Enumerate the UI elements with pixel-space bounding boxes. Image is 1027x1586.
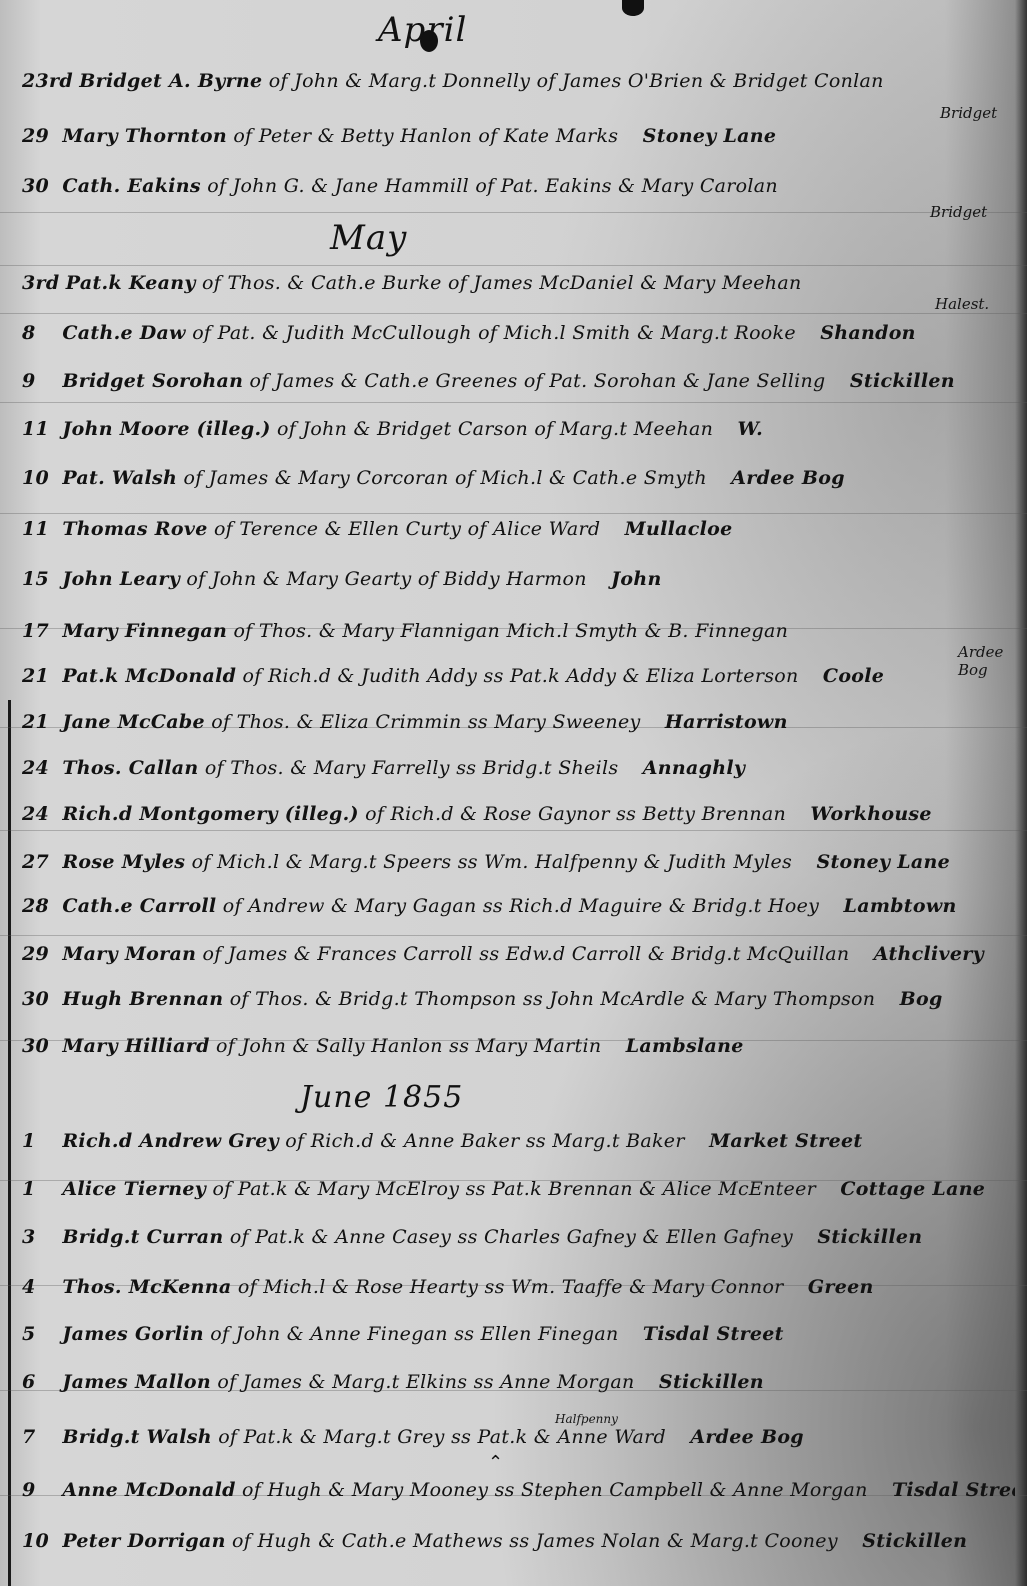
entry-sponsors: ss Ellen Finegan <box>454 1323 618 1345</box>
entry-place: Annaghly <box>643 757 745 779</box>
entry-sponsors: of Pat. Eakins & Mary Carolan <box>475 175 778 197</box>
entry-sponsors: ss Wm. Taaffe & Mary Connor <box>485 1276 784 1298</box>
entry-sponsors: ss Pat.k Brennan & Alice McEnteer <box>466 1178 816 1200</box>
entry-sponsors: of James McDaniel & Mary Meehan <box>448 272 801 294</box>
caret-insertion-mark: ⌃ <box>488 1452 503 1473</box>
entry-parents: of John & Bridget Carson <box>277 418 528 440</box>
entry-sponsors: of James O'Brien & Bridget Conlan <box>537 70 884 92</box>
entry-day: 11 <box>22 518 56 540</box>
entry-parents: of Thos. & Cath.e Burke <box>202 272 442 294</box>
entry-child: John Leary <box>62 568 180 590</box>
register-entry: 28 Cath.e Carroll of Andrew & Mary Gagan… <box>22 895 1015 917</box>
entry-place: Bog <box>900 988 943 1010</box>
entry-sponsors: ss Rich.d Maguire & Bridg.t Hoey <box>483 895 819 917</box>
entry-place: Stickillen <box>850 370 955 392</box>
register-entry: 5 James Gorlin of John & Anne Finegan ss… <box>22 1323 1015 1345</box>
entry-child: Rich.d Andrew Grey <box>62 1130 279 1152</box>
entry-day: 21 <box>22 711 56 733</box>
entry-place: Stoney Lane <box>643 125 777 147</box>
entry-parents: of John & Mary Gearty <box>186 568 411 590</box>
entry-parents: of Peter & Betty Hanlon <box>233 125 472 147</box>
entry-day: 9 <box>22 370 56 392</box>
entry-child: Thos. McKenna <box>62 1276 231 1298</box>
entry-day: 1 <box>22 1130 56 1152</box>
entry-day: 10 <box>22 1530 56 1552</box>
register-entry: 29 Mary Thornton of Peter & Betty Hanlon… <box>22 125 1015 147</box>
entry-place: Green <box>808 1276 874 1298</box>
entry-sponsors: ss Edw.d Carroll & Bridg.t McQuillan <box>479 943 849 965</box>
entry-sponsors: ss Betty Brennan <box>616 803 786 825</box>
register-entry: 23rd Bridget A. Byrne of John & Marg.t D… <box>22 70 1015 92</box>
entry-child: Bridget A. Byrne <box>79 70 262 92</box>
month-heading-may: May <box>330 218 407 258</box>
register-entry: 3 Bridg.t Curran of Pat.k & Anne Casey s… <box>22 1226 1015 1248</box>
entry-sponsors: ss Charles Gafney & Ellen Gafney <box>458 1226 793 1248</box>
entry-parents: of John G. & Jane Hammill <box>207 175 469 197</box>
register-entry: 30 Cath. Eakins of John G. & Jane Hammil… <box>22 175 1015 197</box>
register-entry: 11 John Moore (illeg.) of John & Bridget… <box>22 418 1015 440</box>
entry-parents: of Pat.k & Mary McElroy <box>212 1178 459 1200</box>
entry-parents: of Thos. & Mary Farrelly <box>205 757 450 779</box>
entry-parents: of John & Anne Finegan <box>210 1323 448 1345</box>
entry-sponsors: of Biddy Harmon <box>418 568 587 590</box>
entry-parents: of Thos. & Bridg.t Thompson <box>230 988 517 1010</box>
entry-place: John <box>611 568 662 590</box>
entry-sponsors: of Alice Ward <box>468 518 601 540</box>
entry-parents: of John & Marg.t Donnelly <box>269 70 531 92</box>
entry-place: Cottage Lane <box>840 1178 985 1200</box>
entry-day: 10 <box>22 467 56 489</box>
entry-day: 29 <box>22 943 56 965</box>
entry-sponsors: ss Anne Morgan <box>474 1371 635 1393</box>
entry-place: W. <box>737 418 763 440</box>
register-page: April 23rd Bridget A. Byrne of John & Ma… <box>0 0 1027 1586</box>
entry-child: Cath.e Carroll <box>62 895 216 917</box>
register-entry: 21 Jane McCabe of Thos. & Eliza Crimmin … <box>22 711 1015 733</box>
register-entry: 4 Thos. McKenna of Mich.l & Rose Hearty … <box>22 1276 1015 1298</box>
entry-parents: of Andrew & Mary Gagan <box>223 895 477 917</box>
entry-parents: of James & Mary Corcoran <box>184 467 449 489</box>
interlinear-insertion: Halfpenny <box>555 1412 618 1426</box>
entry-place: Mullacloe <box>625 518 733 540</box>
entry-sponsors: ss Marg.t Baker <box>526 1130 685 1152</box>
entry-place: Stickillen <box>817 1226 922 1248</box>
entry-day: 1 <box>22 1178 56 1200</box>
entry-day: 17 <box>22 620 56 642</box>
entry-child: James Gorlin <box>62 1323 204 1345</box>
register-entry: 24 Thos. Callan of Thos. & Mary Farrelly… <box>22 757 1015 779</box>
register-entry: 24 Rich.d Montgomery (illeg.) of Rich.d … <box>22 803 1015 825</box>
month-heading-june: June 1855 <box>300 1080 463 1115</box>
entry-place: Stickillen <box>862 1530 967 1552</box>
entry-day: 29 <box>22 125 56 147</box>
ink-blot <box>622 0 644 16</box>
entry-child: Bridg.t Walsh <box>62 1426 212 1448</box>
entry-day: 24 <box>22 803 56 825</box>
register-entry: 6 James Mallon of James & Marg.t Elkins … <box>22 1371 1015 1393</box>
register-entry: 29 Mary Moran of James & Frances Carroll… <box>22 943 1015 965</box>
entry-child: Mary Thornton <box>62 125 227 147</box>
entry-place: Coole <box>823 665 884 687</box>
entry-child: Pat. Walsh <box>62 467 177 489</box>
entry-day: 3 <box>22 1226 56 1248</box>
entry-place: Market Street <box>709 1130 862 1152</box>
entry-day: 4 <box>22 1276 56 1298</box>
entry-sponsors: ss John McArdle & Mary Thompson <box>523 988 875 1010</box>
entry-day: 15 <box>22 568 56 590</box>
entry-sponsors: ss Pat.k Addy & Eliza Lorterson <box>484 665 799 687</box>
entry-day: 30 <box>22 988 56 1010</box>
page-edge-shadow <box>1015 0 1027 1586</box>
register-entry: 10 Peter Dorrigan of Hugh & Cath.e Mathe… <box>22 1530 1015 1552</box>
entry-day: 9 <box>22 1479 56 1501</box>
entry-sponsors: Mich.l Smyth & B. Finnegan <box>506 620 788 642</box>
margin-line <box>8 700 11 1586</box>
entry-sponsors: ss James Nolan & Marg.t Cooney <box>509 1530 838 1552</box>
entry-day: 7 <box>22 1426 56 1448</box>
entry-child: Jane McCabe <box>62 711 205 733</box>
entry-place: Ardee Bog <box>731 467 845 489</box>
entry-sponsors: ss Pat.k & Anne Ward <box>451 1426 666 1448</box>
register-entry: 3rd Pat.k Keany of Thos. & Cath.e Burke … <box>22 272 1015 294</box>
entry-place: Stickillen <box>659 1371 764 1393</box>
entry-place: Workhouse <box>810 803 931 825</box>
entry-child: James Mallon <box>62 1371 211 1393</box>
entry-parents: of Pat.k & Anne Casey <box>230 1226 451 1248</box>
entry-child: Anne McDonald <box>62 1479 235 1501</box>
entry-parents: of James & Frances Carroll <box>203 943 473 965</box>
entry-parents: of Pat. & Judith McCullough <box>192 322 472 344</box>
register-entry: 9 Bridget Sorohan of James & Cath.e Gree… <box>22 370 1015 392</box>
ruled-line <box>0 513 1027 514</box>
register-entry: 11 Thomas Rove of Terence & Ellen Curty … <box>22 518 1015 540</box>
entry-parents: of James & Marg.t Elkins <box>217 1371 467 1393</box>
ruled-line <box>0 265 1027 266</box>
entry-place: Athclivery <box>874 943 984 965</box>
register-entry: 27 Rose Myles of Mich.l & Marg.t Speers … <box>22 851 1015 873</box>
register-entry: 30 Mary Hilliard of John & Sally Hanlon … <box>22 1035 1015 1057</box>
entry-parents: of Thos. & Eliza Crimmin <box>211 711 461 733</box>
entry-sponsors: of Mich.l Smith & Marg.t Rooke <box>478 322 796 344</box>
entry-child: Rich.d Montgomery (illeg.) <box>62 803 358 825</box>
entry-parents: of Rich.d & Anne Baker <box>285 1130 519 1152</box>
entry-child: Bridget Sorohan <box>62 370 243 392</box>
entry-sponsors: of Kate Marks <box>478 125 618 147</box>
entry-child: Cath.e Daw <box>62 322 186 344</box>
entry-child: Rose Myles <box>62 851 185 873</box>
register-entry: 7 Bridg.t Walsh of Pat.k & Marg.t Grey s… <box>22 1426 1015 1448</box>
entry-place: Lambslane <box>626 1035 744 1057</box>
entry-child: Mary Finnegan <box>62 620 227 642</box>
entry-child: Pat.k Keany <box>66 272 196 294</box>
entry-day: 24 <box>22 757 56 779</box>
entry-sponsors: ss Mary Sweeney <box>468 711 641 733</box>
register-entry: 1 Alice Tierney of Pat.k & Mary McElroy … <box>22 1178 1015 1200</box>
entry-parents: of Hugh & Cath.e Mathews <box>232 1530 503 1552</box>
entry-child: Bridg.t Curran <box>62 1226 223 1248</box>
ruled-line <box>0 935 1027 936</box>
entry-day: 30 <box>22 175 56 197</box>
ruled-line <box>0 830 1027 831</box>
entry-sponsors: of Marg.t Meehan <box>534 418 713 440</box>
entry-parents: of Thos. & Mary Flannigan <box>233 620 500 642</box>
register-entry: 10 Pat. Walsh of James & Mary Corcoran o… <box>22 467 1015 489</box>
entry-place: Tisdal Street <box>892 1479 1015 1501</box>
entry-place: Harristown <box>665 711 788 733</box>
entry-child: Cath. Eakins <box>62 175 201 197</box>
entry-day: 8 <box>22 322 56 344</box>
entry-place: Bridget <box>940 104 997 122</box>
register-entry: 21 Pat.k McDonald of Rich.d & Judith Add… <box>22 665 1015 687</box>
register-entry: 30 Hugh Brennan of Thos. & Bridg.t Thomp… <box>22 988 1015 1010</box>
entry-child: Mary Hilliard <box>62 1035 209 1057</box>
entry-child: Thos. Callan <box>62 757 198 779</box>
entry-sponsors: ss Bridg.t Sheils <box>456 757 618 779</box>
entry-place: Ardee Bog <box>690 1426 804 1448</box>
entry-child: Pat.k McDonald <box>62 665 236 687</box>
entry-parents: of James & Cath.e Greenes <box>250 370 518 392</box>
entry-parents: of John & Sally Hanlon <box>216 1035 443 1057</box>
register-entry: 8 Cath.e Daw of Pat. & Judith McCullough… <box>22 322 1015 344</box>
entry-parents: of Hugh & Mary Mooney <box>242 1479 488 1501</box>
entry-parents: of Mich.l & Marg.t Speers <box>192 851 452 873</box>
entry-child: Peter Dorrigan <box>62 1530 225 1552</box>
entry-parents: of Pat.k & Marg.t Grey <box>218 1426 445 1448</box>
ruled-line <box>0 212 1027 213</box>
entry-day: 3rd <box>22 272 59 294</box>
register-entry: 9 Anne McDonald of Hugh & Mary Mooney ss… <box>22 1479 1015 1501</box>
entry-place: Stoney Lane <box>816 851 950 873</box>
entry-place: Shandon <box>820 322 916 344</box>
register-entry: 17 Mary Finnegan of Thos. & Mary Flannig… <box>22 620 1015 642</box>
entry-parents: of Mich.l & Rose Hearty <box>238 1276 478 1298</box>
entry-day: 30 <box>22 1035 56 1057</box>
entry-day: 21 <box>22 665 56 687</box>
entry-day: 6 <box>22 1371 56 1393</box>
entry-parents: of Rich.d & Judith Addy <box>243 665 478 687</box>
month-heading-april: April <box>378 10 467 50</box>
entry-place: Lambtown <box>844 895 957 917</box>
entry-sponsors: of Pat. Sorohan & Jane Selling <box>524 370 826 392</box>
entry-day: 5 <box>22 1323 56 1345</box>
entry-place: Tisdal Street <box>643 1323 784 1345</box>
entry-child: John Moore (illeg.) <box>62 418 270 440</box>
entry-place: Bridget <box>930 203 987 221</box>
entry-parents: of Terence & Ellen Curty <box>214 518 461 540</box>
entry-day: 27 <box>22 851 56 873</box>
entry-child: Alice Tierney <box>62 1178 206 1200</box>
entry-sponsors: ss Wm. Halfpenny & Judith Myles <box>458 851 792 873</box>
ruled-line <box>0 313 1027 314</box>
entry-day: 11 <box>22 418 56 440</box>
entry-sponsors: of Mich.l & Cath.e Smyth <box>455 467 707 489</box>
entry-day: 23rd <box>22 70 73 92</box>
register-entry: 15 John Leary of John & Mary Gearty of B… <box>22 568 1015 590</box>
entry-child: Thomas Rove <box>62 518 207 540</box>
entry-child: Mary Moran <box>62 943 196 965</box>
ruled-line <box>0 402 1027 403</box>
entry-parents: of Rich.d & Rose Gaynor <box>365 803 610 825</box>
entry-sponsors: ss Mary Martin <box>449 1035 601 1057</box>
entry-day: 28 <box>22 895 56 917</box>
register-entry: 1 Rich.d Andrew Grey of Rich.d & Anne Ba… <box>22 1130 1015 1152</box>
entry-place: Halest. <box>935 295 989 313</box>
entry-child: Hugh Brennan <box>62 988 223 1010</box>
entry-sponsors: ss Stephen Campbell & Anne Morgan <box>495 1479 868 1501</box>
